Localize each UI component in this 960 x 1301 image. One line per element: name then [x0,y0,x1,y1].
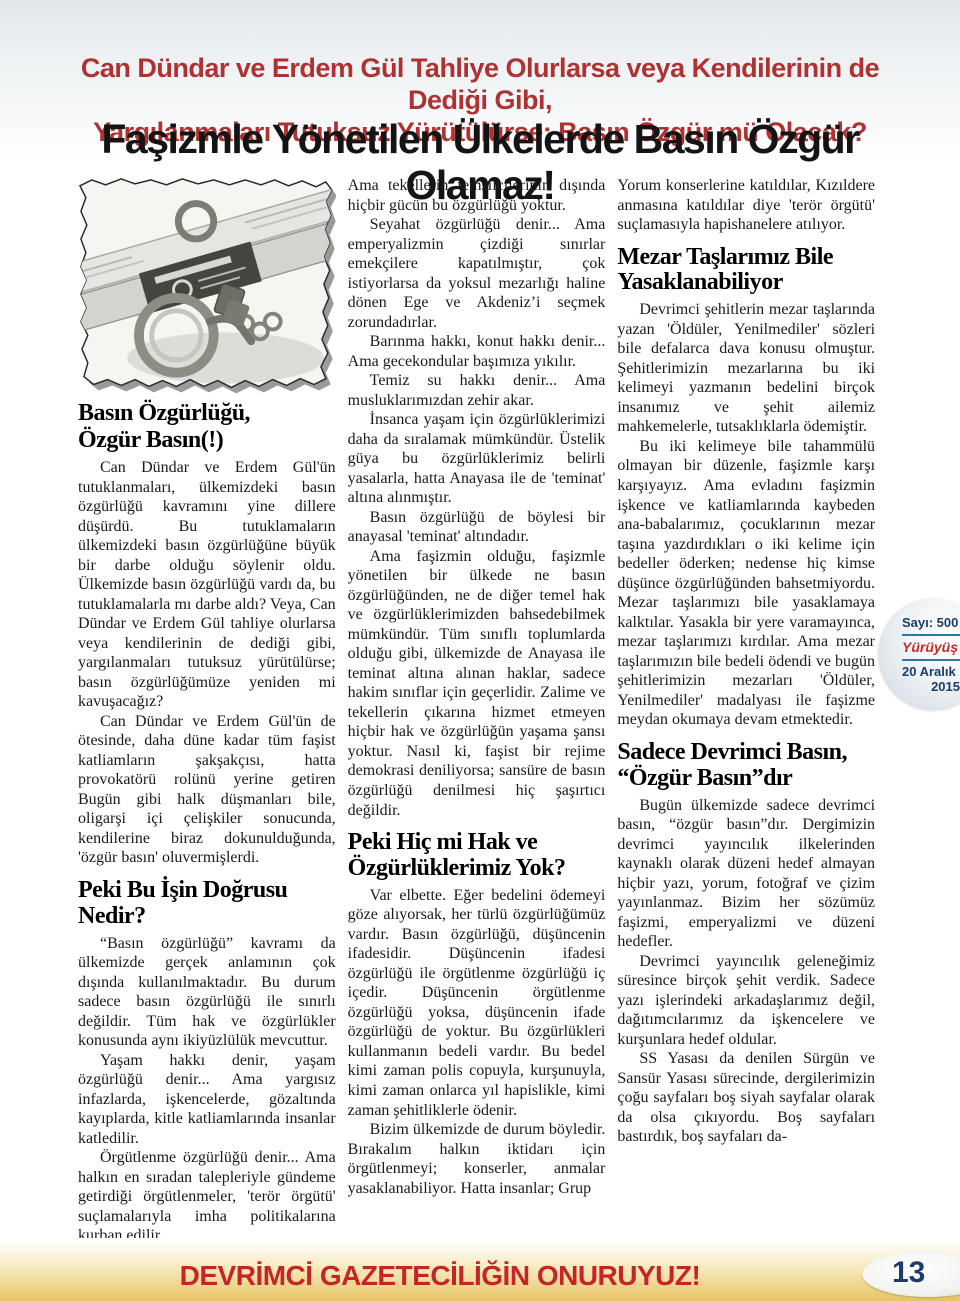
body-paragraph: Bugün ülkemizde sadece devrimci basın, “… [617,796,875,952]
column-3-body: Yorum konserlerine katıldılar, Kızıldere… [617,176,875,1147]
handcuffed-newspapers-photo [78,176,336,394]
kicker-line-1: Can Dündar ve Erdem Gül Tahliye Olurlars… [81,53,879,115]
body-paragraph: Temiz su hakkı denir... Ama musluklarımı… [348,371,606,410]
torn-photo-illustration [78,176,336,394]
body-paragraph: Bizim ülkemizde de durum böyledir. Bırak… [348,1120,606,1198]
section-heading-line-2: Özgür Basın(!) [78,427,223,453]
footer-bar: DEVRİMCİ GAZETECİLİĞİN ONURUYUZ! 13 [0,1243,960,1301]
body-paragraph: Örgütlenme özgürlüğü denir... Ama halkın… [78,1148,336,1238]
badge-divider [902,634,960,636]
column-subheading: Sadece Devrimci Basın, “Özgür Basın”dır [617,740,875,792]
body-paragraph: Var elbette. Eğer bedelini ödemeyi göze … [348,886,606,1120]
body-paragraph: Basın özgürlüğü de böylesi bir anayasal … [348,508,606,547]
magazine-page: Can Dündar ve Erdem Gül Tahliye Olurlars… [0,0,960,1301]
footer-slogan: DEVRİMCİ GAZETECİLİĞİN ONURUYUZ! [0,1260,880,1292]
body-paragraph: Ama tekellerin temsilcilerinin dışında h… [348,176,606,215]
column-1-body: Can Dündar ve Erdem Gül'ün tutuklanmalar… [78,458,336,1238]
issue-badge-content: Sayı: 500 Yürüyüş 20 Aralık 2015 [902,615,960,694]
column-subheading: Mezar Taşlarımız Bile Yasaklanabiliyor [617,245,875,297]
column-1: Basın Özgürlüğü, Özgür Basın(!) Can Dünd… [78,176,336,1238]
issue-number: Sayı: 500 [902,615,960,630]
magazine-name: Yürüyüş [902,639,960,655]
body-paragraph: Can Dündar ve Erdem Gül'ün de ötesinde, … [78,712,336,868]
column-3: Yorum konserlerine katıldılar, Kızıldere… [617,176,875,1238]
column-2: Ama tekellerin temsilcilerinin dışında h… [348,176,606,1238]
body-paragraph: Yaşam hakkı denir, yaşam özgürlüğü denir… [78,1051,336,1149]
body-paragraph: Seyahat özgürlüğü denir... Ama emperyali… [348,215,606,332]
body-paragraph: Can Dündar ve Erdem Gül'ün tutuklanmalar… [78,458,336,712]
body-paragraph: SS Yasası da denilen Sürgün ve Sansür Ya… [617,1049,875,1147]
section-heading-line-1: Basın Özgürlüğü, [78,400,250,426]
issue-date-line2: 2015 [902,679,960,694]
body-paragraph: İnsanca yaşam için özgürlüklerimizi daha… [348,410,606,508]
body-paragraph: Barınma hakkı, konut hakkı denir... Ama … [348,332,606,371]
body-paragraph: Yorum konserlerine katıldılar, Kızıldere… [617,176,875,235]
body-paragraph: Devrimci şehitlerin mezar taşlarında yaz… [617,300,875,437]
column-subheading: Peki Bu İşin Doğrusu Nedir? [78,878,336,930]
body-paragraph: Bu iki kelimeye bile tahammülü olmayan b… [617,437,875,730]
body-paragraph: “Basın özgürlüğü” kavramı da ülkemizde g… [78,934,336,1051]
article-columns: Basın Özgürlüğü, Özgür Basın(!) Can Dünd… [78,176,875,1238]
column-2-body: Ama tekellerin temsilcilerinin dışında h… [348,176,606,1198]
page-number: 13 [892,1256,925,1290]
issue-badge: Sayı: 500 Yürüyüş 20 Aralık 2015 [878,598,960,710]
section-heading: Basın Özgürlüğü, Özgür Basın(!) [78,400,336,454]
column-subheading: Peki Hiç mi Hak ve Özgürlüklerimiz Yok? [348,830,606,882]
issue-date-line1: 20 Aralık [902,664,960,679]
body-paragraph: Devrimci yayıncılık geleneğimiz süresinc… [617,952,875,1050]
badge-divider [902,659,960,661]
body-paragraph: Ama faşizmin olduğu, faşizmle yönetilen … [348,547,606,820]
